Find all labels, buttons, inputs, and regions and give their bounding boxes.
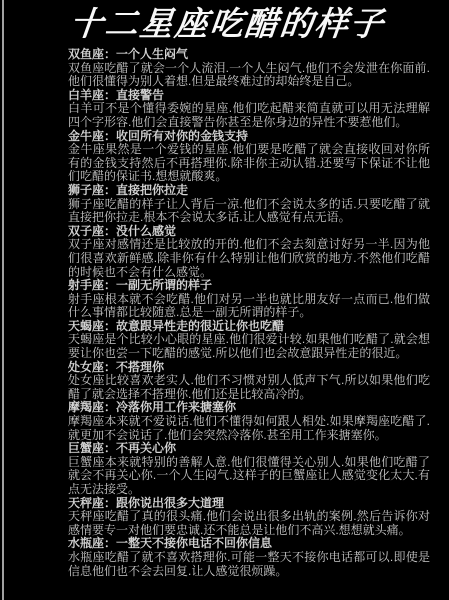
zodiac-section-body: 天蝎座是个比较小心眼的星座.他们很爱计较.如果他们吃醋了.就会想要让你也尝一下吃… bbox=[68, 333, 430, 360]
zodiac-section: 天秤座：跟你说出很多大道理 天秤座吃醋了真的很头痛.他们会说出很多出轨的案例.然… bbox=[68, 497, 430, 538]
poster-page: 十二星座吃醋的样子 双鱼座：一个人生闷气 双鱼座吃醋了就会一个人流泪.一个人生闷… bbox=[0, 0, 449, 600]
zodiac-section: 狮子座：直接把你拉走 狮子座吃醋的样子让人背后一凉.他们不会说太多的话.只要吃醋… bbox=[68, 184, 430, 225]
zodiac-section: 摩羯座：冷落你用工作来搪塞你 摩羯座本来就不爱说话.他们不懂得如何跟人相处.如果… bbox=[68, 401, 430, 442]
zodiac-section: 双子座：没什么感觉 双子座对感情还是比较放的开的.他们不会去刻意讨好另一半.因为… bbox=[68, 225, 430, 279]
zodiac-section-heading: 摩羯座：冷落你用工作来搪塞你 bbox=[68, 401, 430, 415]
zodiac-section-heading: 狮子座：直接把你拉走 bbox=[68, 184, 430, 198]
zodiac-section-body: 双鱼座吃醋了就会一个人流泪.一个人生闷气.他们不会发泄在你面前.他们很懂得为别人… bbox=[68, 62, 430, 89]
zodiac-section-body: 射手座根本就不会吃醋.他们对另一半也就比朋友好一点而已.他们做什么事情都比较随意… bbox=[68, 293, 430, 320]
zodiac-section-body: 双子座对感情还是比较放的开的.他们不会去刻意讨好另一半.因为他们很喜欢新鲜感.除… bbox=[68, 238, 430, 279]
zodiac-section-heading: 水瓶座：一整天不接你电话不回你信息 bbox=[68, 537, 430, 551]
zodiac-section: 白羊座：直接警告 白羊可不是个懂得委婉的星座.他们吃起醋来简直就可以用无法理解四… bbox=[68, 89, 430, 130]
zodiac-section: 水瓶座：一整天不接你电话不回你信息 水瓶座吃醋了就不喜欢搭理你.可能一整天不接你… bbox=[68, 537, 430, 578]
zodiac-section-body: 金牛座果然是一个爱钱的星座.他们要是吃醋了就会直接收回对你所有的金钱支持然后不再… bbox=[68, 143, 430, 184]
zodiac-section-heading: 射手座：一副无所谓的样子 bbox=[68, 279, 430, 293]
zodiac-section: 天蝎座：故意跟异性走的很近让你也吃醋 天蝎座是个比较小心眼的星座.他们很爱计较.… bbox=[68, 320, 430, 361]
zodiac-section: 巨蟹座：不再关心你 巨蟹座本来就特别的善解人意.他们很懂得关心别人.如果他们吃醋… bbox=[68, 442, 430, 496]
zodiac-section: 射手座：一副无所谓的样子 射手座根本就不会吃醋.他们对另一半也就比朋友好一点而已… bbox=[68, 279, 430, 320]
zodiac-section-heading: 巨蟹座：不再关心你 bbox=[68, 442, 430, 456]
zodiac-section: 处女座：不搭理你 处女座比较喜欢老实人.他们不习惯对别人低声下气.所以如果他们吃… bbox=[68, 361, 430, 402]
zodiac-section-body: 水瓶座吃醋了就不喜欢搭理你.可能一整天不接你电话都可以.即使是信息他们也不会去回… bbox=[68, 551, 430, 578]
zodiac-section: 双鱼座：一个人生闷气 双鱼座吃醋了就会一个人流泪.一个人生闷气.他们不会发泄在你… bbox=[68, 48, 430, 89]
zodiac-section-body: 白羊可不是个懂得委婉的星座.他们吃起醋来简直就可以用无法理解四个字形容.他们会直… bbox=[68, 102, 430, 129]
zodiac-section-body: 摩羯座本来就不爱说话.他们不懂得如何跟人相处.如果摩羯座吃醋了.就更加不会说话了… bbox=[68, 415, 430, 442]
zodiac-section: 金牛座：收回所有对你的金钱支持 金牛座果然是一个爱钱的星座.他们要是吃醋了就会直… bbox=[68, 130, 430, 184]
poster-content: 十二星座吃醋的样子 双鱼座：一个人生闷气 双鱼座吃醋了就会一个人流泪.一个人生闷… bbox=[68, 6, 430, 578]
zodiac-section-body: 狮子座吃醋的样子让人背后一凉.他们不会说太多的话.只要吃醋了就直接把你拉走.根本… bbox=[68, 198, 430, 225]
zodiac-sections: 双鱼座：一个人生闷气 双鱼座吃醋了就会一个人流泪.一个人生闷气.他们不会发泄在你… bbox=[68, 48, 430, 578]
zodiac-section-heading: 双鱼座：一个人生闷气 bbox=[68, 48, 430, 62]
zodiac-section-body: 处女座比较喜欢老实人.他们不习惯对别人低声下气.所以如果他们吃醋了就会选择不搭理… bbox=[68, 374, 430, 401]
zodiac-section-body: 巨蟹座本来就特别的善解人意.他们很懂得关心别人.如果他们吃醋了就会不再关心你.一… bbox=[68, 456, 430, 497]
page-title: 十二星座吃醋的样子 bbox=[68, 6, 434, 42]
zodiac-section-body: 天秤座吃醋了真的很头痛.他们会说出很多出轨的案例.然后告诉你对感情要专一对他们要… bbox=[68, 510, 430, 537]
left-edge-line bbox=[2, 0, 4, 600]
